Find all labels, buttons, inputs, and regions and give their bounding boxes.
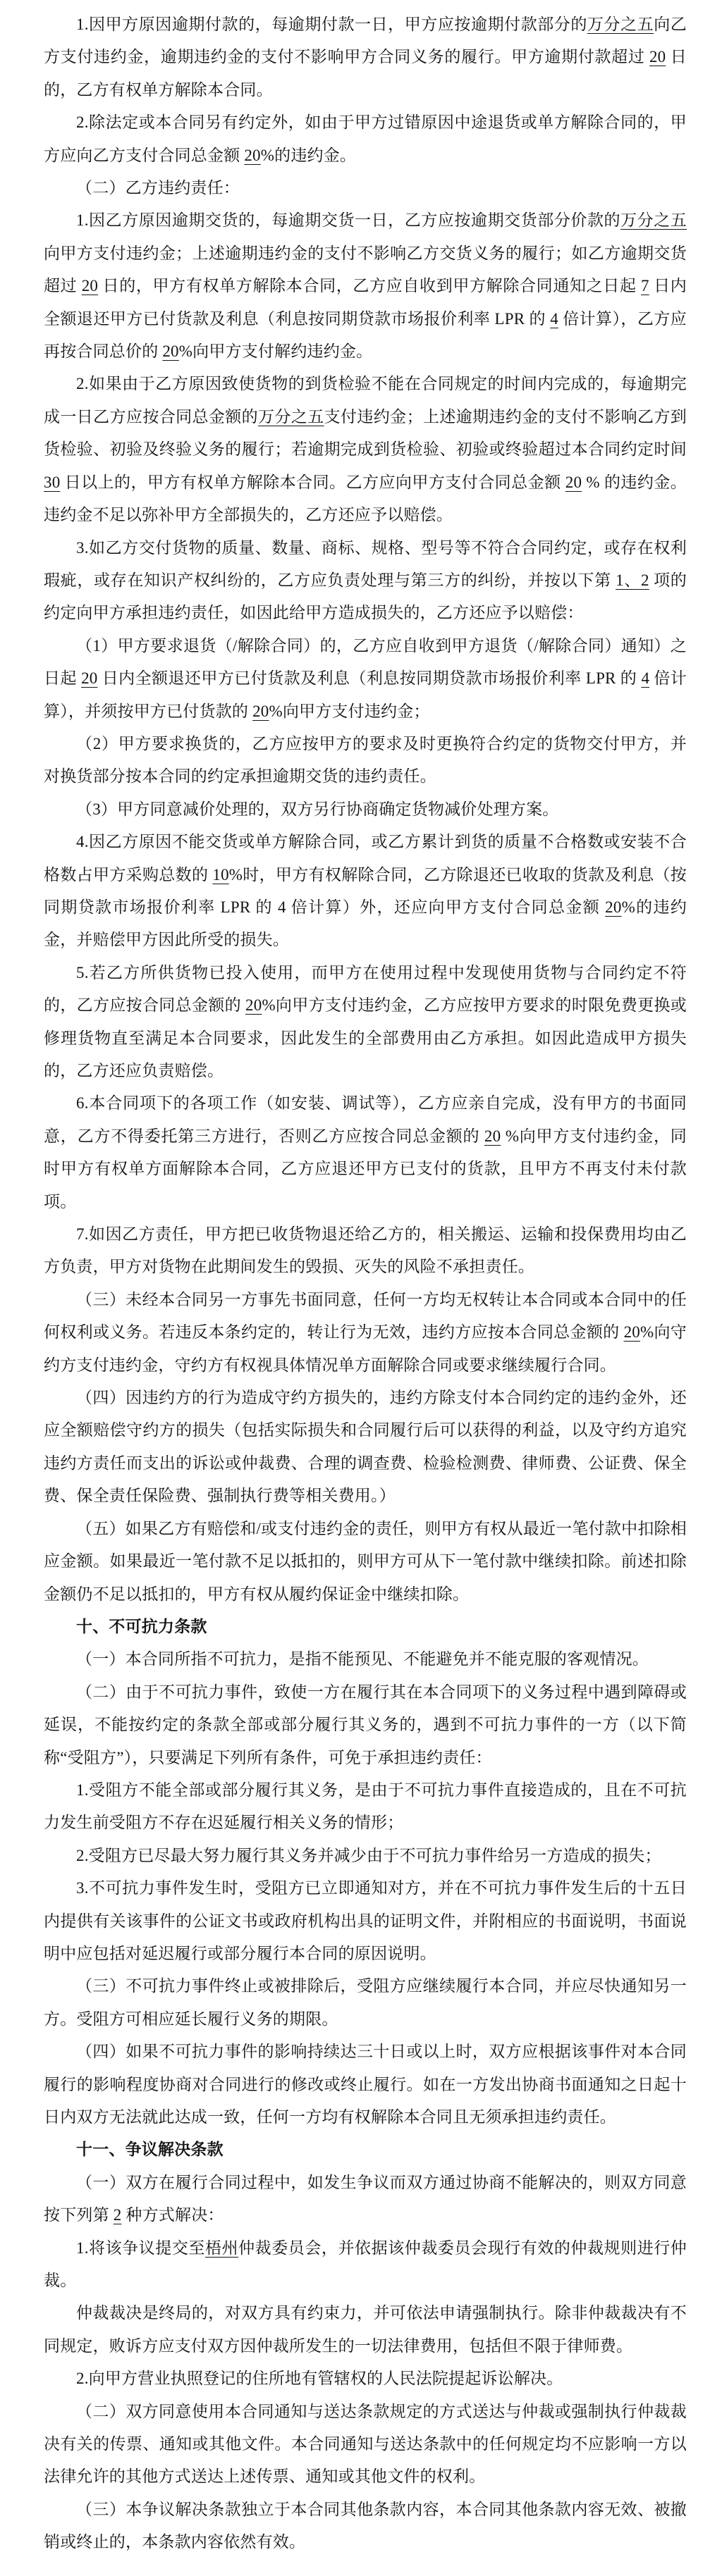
text-run: （四）如果不可抗力事件的影响持续达三十日或以上时，双方应根据该事件对本合同履行的… [44,2043,687,2126]
contract-paragraph: （二）双方同意使用本合同通知与送达条款规定的方式送达与仲裁或强制执行仲裁裁决有关… [44,2396,687,2494]
underlined-value: 10 [212,866,228,884]
text-run: （四）因违约方的行为造成守约方损失的，违约方除支付本合同约定的违约金外，还应全额… [44,1389,687,1504]
contract-paragraph: 3.不可抗力事件发生时，受阻方已立即通知对方，并在不可抗力事件发生后的十五日内提… [44,1872,687,1970]
underlined-value: 万分之五 [258,408,324,426]
contract-paragraph: 4.因乙方原因不能交货或单方解除合同，或乙方累计到货的质量不合格数或安装不合格数… [44,826,687,957]
contract-paragraph: 5.若乙方所供货物已投入使用，而甲方在使用过程中发现使用货物与合同约定不符的，乙… [44,957,687,1088]
contract-paragraph: 1.将该争议提交至梧州仲裁委员会，并依据该仲裁委员会现行有效的仲裁规则进行仲裁。 [44,2232,687,2298]
contract-paragraph: （2）甲方要求换货的，乙方应按甲方的要求及时更换符合约定的货物交付甲方，并对换货… [44,728,687,793]
underlined-value: 20 [81,669,97,687]
section-heading: 十、不可抗力条款 [44,1611,687,1643]
text-run: （三）本争议解决条款独立于本合同其他条款内容，本合同其他条款内容无效、被撤销或终… [44,2501,687,2551]
underlined-value: 20 [624,1323,640,1341]
contract-paragraph: 1.因乙方原因逾期交货的，每逾期交货一日，乙方应按逾期交货部分价款的万分之五向甲… [44,204,687,368]
underlined-value: 20 [245,996,262,1014]
underlined-value: 20 [252,702,269,720]
text-run: 1.受阻方不能全部或部分履行其义务，是由于不可抗力事件直接造成的，且在不可抗力发… [44,1781,687,1831]
contract-paragraph: 6.本合同项下的各项工作（如安装、调试等），乙方应亲自完成，没有甲方的书面同意，… [44,1087,687,1218]
contract-paragraph: 2.受阻方已尽最大努力履行其义务并减少由于不可抗力事件给另一方造成的损失； [44,1840,687,1872]
text-run: 3.如乙方交付货物的质量、数量、商标、规格、型号等不符合合同约定，或存在权利瑕疵… [44,539,687,589]
text-run: 种方式解决： [121,2206,224,2224]
text-run: （三）未经本合同另一方事先书面同意，任何一方均无权转让本合同或本合同中的任何权利… [44,1291,687,1341]
contract-paragraph: （三）不可抗力事件终止或被排除后，受阻方应继续履行本合同，并应尽快通知另一方。受… [44,1970,687,2036]
contract-paragraph: 1.因甲方原因逾期付款的，每逾期付款一日，甲方应按逾期付款部分的万分之五向乙方支… [44,8,687,106]
text-run: （二）乙方违约责任： [76,179,240,197]
contract-paragraph: 7.如因乙方责任，甲方把已收货物退还给乙方的，相关搬运、运输和投保费用均由乙方负… [44,1218,687,1284]
contract-paragraph: （三）未经本合同另一方事先书面同意，任何一方均无权转让本合同或本合同中的任何权利… [44,1284,687,1382]
text-run: 十一、争议解决条款 [76,2141,224,2158]
text-run: （二）双方同意使用本合同通知与送达条款规定的方式送达与仲裁或强制执行仲裁裁决有关… [44,2403,687,2486]
contract-paragraph: 2.向甲方营业执照登记的住所地有管辖权的人民法院提起诉讼解决。 [44,2363,687,2395]
text-run: 1.因乙方原因逾期交货的，每逾期交货一日，乙方应按逾期交货部分价款的 [76,211,620,229]
contract-page: 1.因甲方原因逾期付款的，每逾期付款一日，甲方应按逾期付款部分的万分之五向乙方支… [0,0,722,2576]
text-run: 十、不可抗力条款 [76,1618,207,1635]
contract-paragraph: 2.除法定或本合同另有约定外，如由于甲方过错原因中途退货或单方解除合同的，甲方应… [44,106,687,172]
underlined-value: 20 [484,1127,501,1145]
underlined-value: 万分之五 [620,211,687,229]
underlined-value: 4 [641,669,649,687]
contract-paragraph: （3）甲方同意减价处理的，双方另行协商确定货物减价处理方案。 [44,793,687,826]
text-run: %的违约金。 [261,147,356,164]
text-run: 日的，甲方有权单方解除本合同，乙方应自收到甲方解除合同通知之日起 [98,277,641,295]
underlined-value: 1、2 [616,571,649,589]
contract-paragraph: 3.如乙方交付货物的质量、数量、商标、规格、型号等不符合合同约定，或存在权利瑕疵… [44,532,687,630]
text-run: 3.不可抗力事件发生时，受阻方已立即通知对方，并在不可抗力事件发生后的十五日内提… [44,1879,687,1962]
contract-paragraph: （二）由于不可抗力事件，致使一方在履行其在本合同项下的义务过程中遇到障碍或延误，… [44,1676,687,1774]
contract-paragraph: （1）甲方要求退货（/解除合同）的，乙方应自收到甲方退货（/解除合同）通知）之日… [44,630,687,728]
underlined-value: 梧州 [205,2239,238,2257]
text-run: （二）由于不可抗力事件，致使一方在履行其在本合同项下的义务过程中遇到障碍或延误，… [44,1683,687,1766]
contract-paragraph: （四）因违约方的行为造成守约方损失的，违约方除支付本合同约定的违约金外，还应全额… [44,1382,687,1513]
underlined-value: 20 [82,277,98,295]
contract-paragraph: （五）如果乙方有赔偿和/或支付违约金的责任，则甲方有权从最近一笔付款中扣除相应金… [44,1513,687,1611]
text-run: 仲裁裁决是终局的，对双方具有约束力，并可依法申请强制执行。除非仲裁裁决有不同规定… [44,2304,687,2354]
underlined-value: 万分之五 [587,16,654,33]
underlined-value: 7 [641,277,649,295]
text-run: （五）如果乙方有赔偿和/或支付违约金的责任，则甲方有权从最近一笔付款中扣除相应金… [44,1520,687,1603]
underlined-value: 20 [162,342,178,360]
section-heading: 十一、争议解决条款 [44,2134,687,2166]
text-run: （3）甲方同意减价处理的，双方另行协商确定货物减价处理方案。 [76,800,559,818]
text-run: 1.将该争议提交至 [76,2239,205,2257]
underlined-value: 20 [649,48,666,66]
text-run: 1.因甲方原因逾期付款的，每逾期付款一日，甲方应按逾期付款部分的 [76,16,587,33]
contract-paragraph: 2.如果由于乙方原因致使货物的到货检验不能在合同规定的时间内完成的，每逾期完成一… [44,368,687,531]
text-run: 7.如因乙方责任，甲方把已收货物退还给乙方的，相关搬运、运输和投保费用均由乙方负… [44,1225,687,1275]
contract-paragraph: （二）乙方违约责任： [44,172,687,204]
text-run: 2.受阻方已尽最大努力履行其义务并减少由于不可抗力事件给另一方造成的损失； [76,1847,661,1864]
underlined-value: 2 [114,2206,122,2224]
contract-body: 1.因甲方原因逾期付款的，每逾期付款一日，甲方应按逾期付款部分的万分之五向乙方支… [44,8,687,2559]
text-run: %向甲方支付违约金； [269,702,429,720]
contract-paragraph: 1.受阻方不能全部或部分履行其义务，是由于不可抗力事件直接造成的，且在不可抗力发… [44,1774,687,1840]
underlined-value: 20 [565,473,582,491]
underlined-value: 20 [244,147,260,164]
contract-paragraph: （四）如果不可抗力事件的影响持续达三十日或以上时，双方应根据该事件对本合同履行的… [44,2036,687,2134]
contract-paragraph: 仲裁裁决是终局的，对双方具有约束力，并可依法申请强制执行。除非仲裁裁决有不同规定… [44,2297,687,2363]
text-run: %向甲方支付解约违约金。 [179,342,373,360]
text-run: （三）不可抗力事件终止或被排除后，受阻方应继续履行本合同，并应尽快通知另一方。受… [44,1977,687,2027]
text-run: 2.除法定或本合同另有约定外，如由于甲方过错原因中途退货或单方解除合同的，甲方应… [44,113,687,163]
text-run: 2.向甲方营业执照登记的住所地有管辖权的人民法院提起诉讼解决。 [76,2370,563,2387]
underlined-value: 20 [605,898,621,916]
underlined-value: 30 [44,473,60,491]
text-run: （2）甲方要求换货的，乙方应按甲方的要求及时更换符合约定的货物交付甲方，并对换货… [44,735,687,785]
contract-paragraph: （一）双方在履行合同过程中，如发生争议而双方通过协商不能解决的，则双方同意按下列… [44,2167,687,2232]
text-run: 日内全额退还甲方已付货款及利息（利息按同期贷款市场报价利率 LPR 的 [98,669,642,687]
text-run: 日以上的，甲方有权单方解除本合同。乙方应向甲方支付合同总金额 [60,473,565,491]
text-run: （一）本合同所指不可抗力，是指不能预见、不能避免并不能克服的客观情况。 [76,1650,649,1668]
underlined-value: 4 [550,310,558,328]
contract-paragraph: （一）本合同所指不可抗力，是指不能预见、不能避免并不能克服的客观情况。 [44,1643,687,1676]
contract-paragraph: （三）本争议解决条款独立于本合同其他条款内容，本合同其他条款内容无效、被撤销或终… [44,2494,687,2559]
